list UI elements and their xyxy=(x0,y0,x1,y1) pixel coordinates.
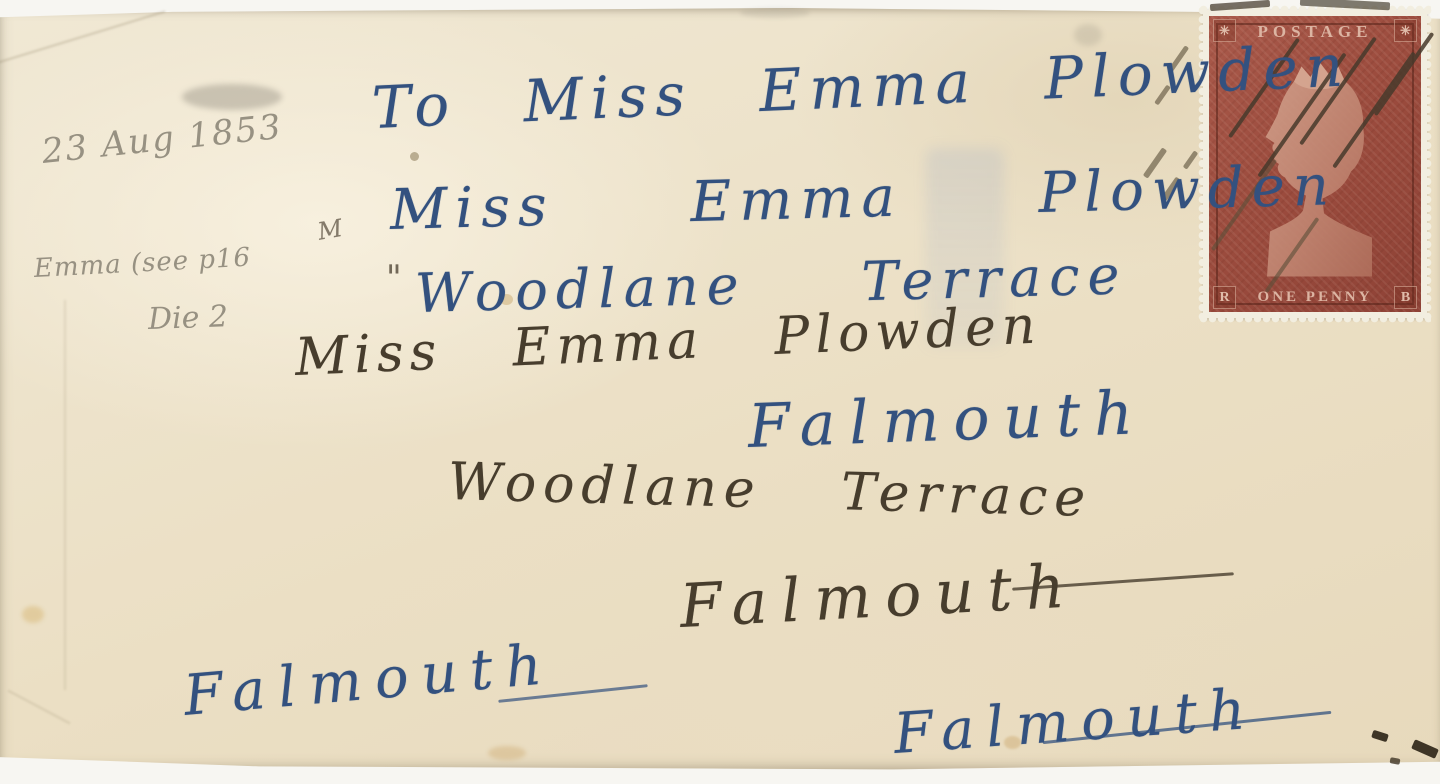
stain-bottom-center xyxy=(488,746,526,760)
stamp-perforation-right xyxy=(1423,6,1432,322)
stamp-corner-star-right-icon: ✳ xyxy=(1394,19,1417,42)
stain-left-edge xyxy=(22,606,44,623)
pencil-scribble xyxy=(182,84,282,110)
stain-small-dark xyxy=(410,152,419,161)
stamp-check-letter-left: R xyxy=(1213,286,1236,309)
crease-left-vertical xyxy=(64,300,66,690)
address-line-5: Falmouth xyxy=(747,378,1148,462)
pencil-note-die: Die 2 xyxy=(147,299,228,337)
envelope-scan: POSTAGE ONE PENNY ✳ ✳ R B 23 Aug 1853 Em… xyxy=(0,0,1440,784)
stain-top-edge xyxy=(740,8,810,18)
stamp-check-letter-right: B xyxy=(1394,286,1417,309)
ink-mark-m: M xyxy=(316,214,345,246)
stamp-perforation-bottom xyxy=(1199,314,1431,323)
ink-speck xyxy=(1390,757,1401,765)
ink-mark-quote: " xyxy=(386,258,402,298)
